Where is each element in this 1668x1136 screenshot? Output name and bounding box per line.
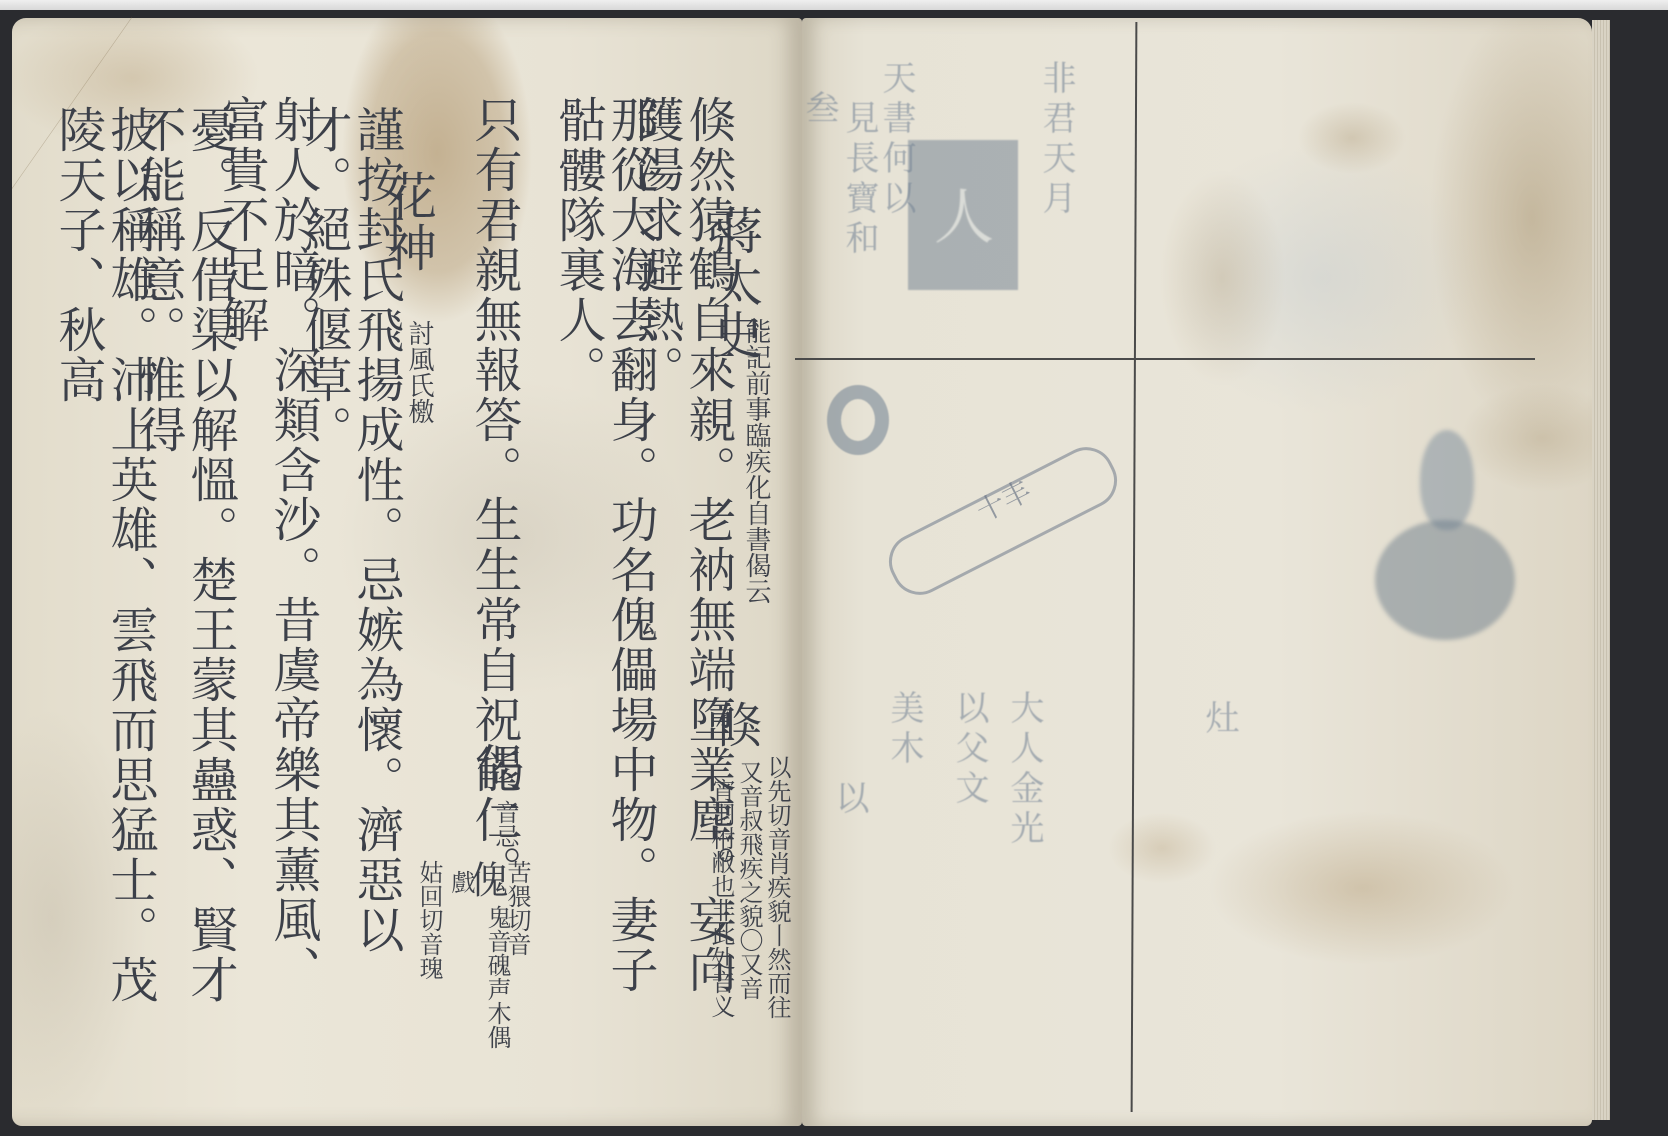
gloss-gui: 姑回切音瑰	[416, 860, 442, 980]
gourd-drawing-icon	[1420, 430, 1474, 530]
ghost-text-column: 灶	[1195, 700, 1244, 740]
ghost-text-column: 以父文	[945, 690, 994, 810]
seal-stamp: 人	[908, 140, 1018, 290]
annotation-gloss-3: 宵羽柎敝也非此处音义	[708, 778, 734, 1018]
horizontal-ruling-line	[795, 358, 1535, 360]
seal-character: 人	[934, 170, 994, 256]
ghost-text-column: 叁	[795, 90, 844, 130]
annotation-taofeng: 討風氏檄	[405, 320, 433, 424]
annotation-gloss-2: 又音叔飛疾之貌〇又音	[736, 760, 762, 1000]
gloss-kui-2: 鬼音磈声木偶	[484, 905, 510, 1049]
ghost-text-column: 大人金光	[1000, 690, 1049, 850]
annotation-head-ji: 偈	[470, 742, 522, 792]
ring-symbol-icon	[827, 385, 889, 455]
gloss-xi: 戲	[448, 870, 474, 894]
ghost-text-column: 非君天月	[1032, 60, 1081, 220]
gloss-kui: 傀	[472, 860, 500, 898]
text-column-4: 披以稱雄。沛上英雄、雲飛而思猛士。茂陵天子、秋高	[52, 105, 156, 1025]
viewer-top-bar	[0, 0, 1668, 10]
page-edges	[1592, 20, 1610, 1120]
gourd-drawing-base	[1375, 520, 1515, 640]
ghost-text-column: 以	[825, 780, 874, 820]
ghost-text-column: 美木	[880, 690, 929, 770]
gloss-yin-ji: 音忌	[492, 800, 518, 848]
annotation-column: 能記前事臨疾化自書偈云	[742, 318, 770, 604]
annotation-gloss-1: 以先切音肖疾貌丨然而往	[764, 755, 790, 1019]
poem-column-2: 那從大海去翻身。功名傀儡場中物。妻子骷髏隊裏人。	[552, 95, 656, 1015]
annotation-head-shu: 倏	[708, 700, 760, 750]
